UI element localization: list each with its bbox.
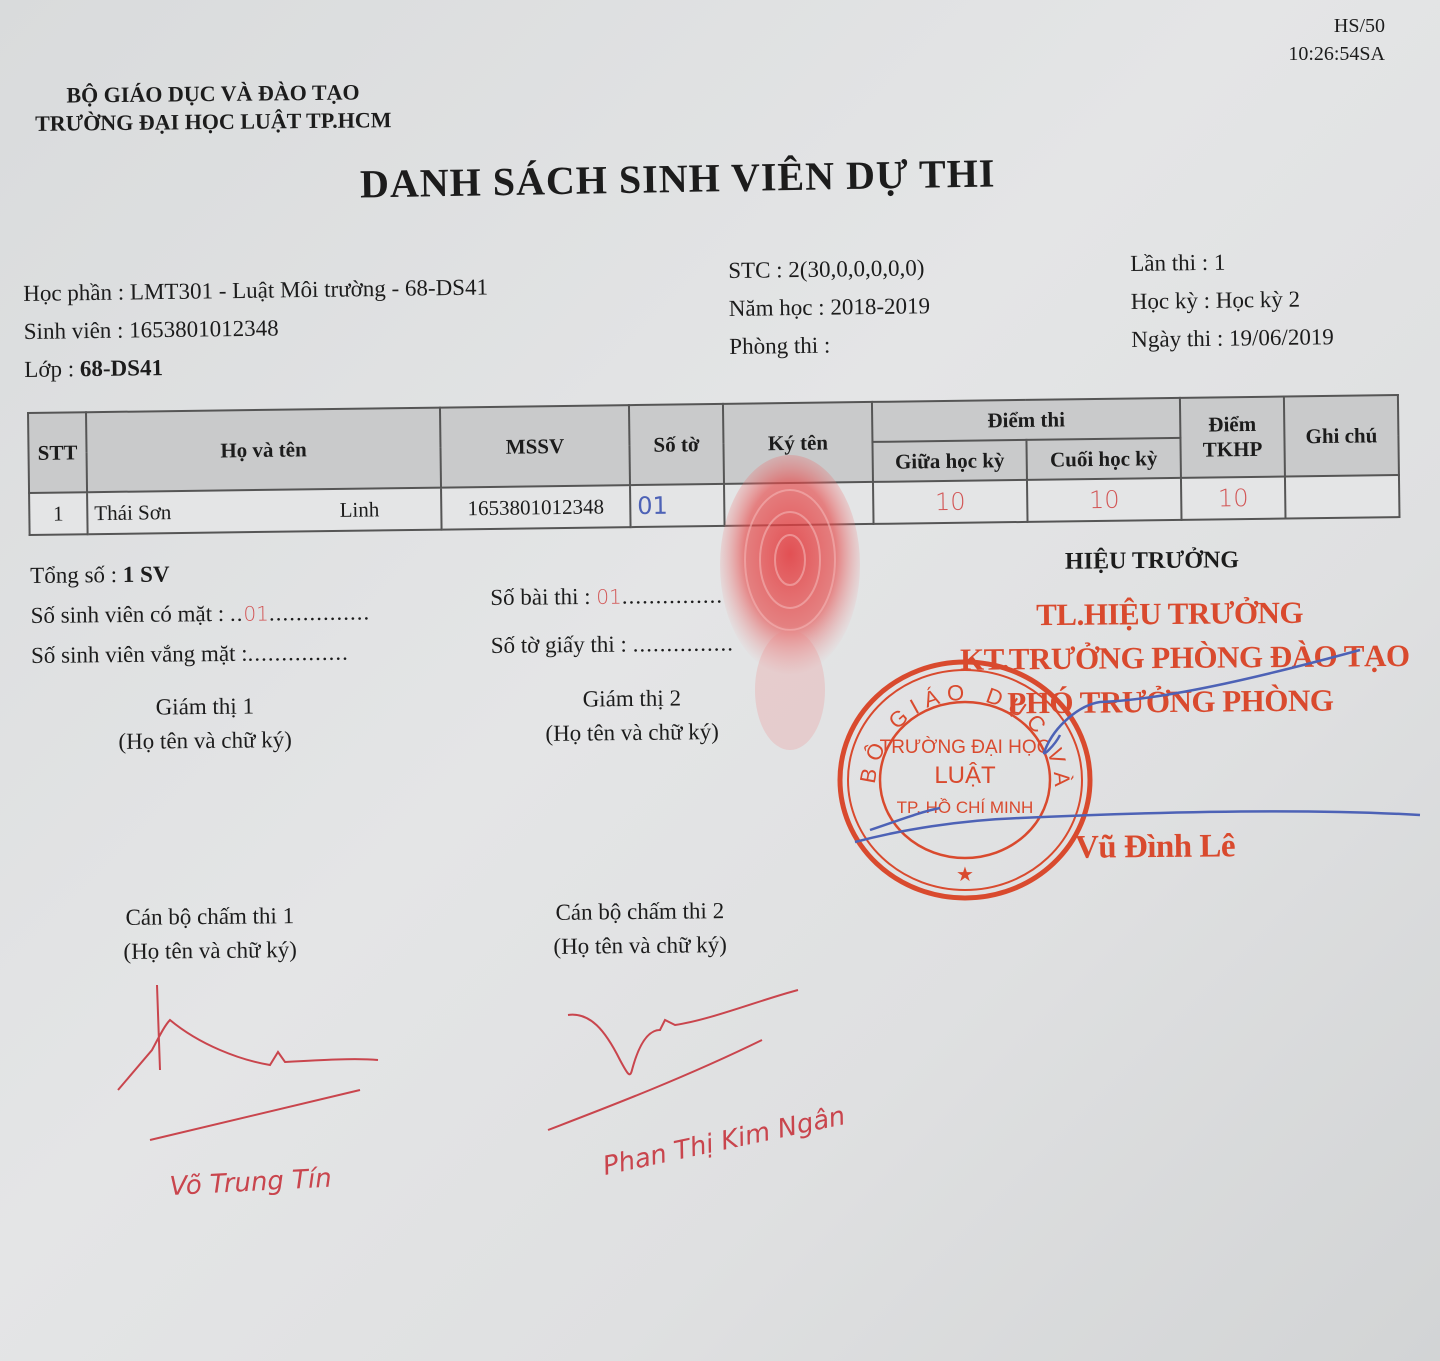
print-time: 10:26:54SA (1288, 40, 1385, 68)
text: ............... (632, 630, 734, 656)
grader1-subtitle: (Họ tên và chữ ký) (100, 933, 320, 969)
text: Học kỳ : (1131, 288, 1216, 314)
document-code: HS/50 (1288, 12, 1385, 40)
text: 01 (596, 585, 622, 609)
grader1-block: Cán bộ chấm thi 1 (Họ tên và chữ ký) (100, 899, 321, 969)
header-tkhp: Điểm TKHP (1180, 397, 1285, 478)
text: Sinh viên : (24, 318, 130, 344)
stamp-line2: LUẬT (934, 762, 996, 789)
cell-signature (724, 482, 874, 526)
proctor1-title: Giám thị 1 (95, 689, 315, 725)
info-middle: STC : 2(30,0,0,0,0,0) Năm học : 2018-201… (728, 249, 931, 366)
organization-header: BỘ GIÁO DỤC VÀ ĐÀO TẠO TRƯỜNG ĐẠI HỌC LU… (35, 78, 392, 138)
principal-line1: TL.HIỆU TRƯỞNG (959, 590, 1379, 638)
text: Ngày thi : (1131, 326, 1229, 352)
summary-middle: Số bài thi : 01............... Số tờ giấ… (490, 571, 734, 670)
cell-midterm: 10 (873, 480, 1028, 524)
course-field: Học phần : LMT301 - Luật Môi trường - 68… (23, 269, 488, 313)
text: Lần thi : (1130, 250, 1214, 276)
text: Tổng số : (30, 562, 123, 588)
text: 1 (1214, 250, 1226, 275)
grader2-title: Cán bộ chấm thi 2 (530, 894, 750, 930)
semester-field: Học kỳ : Học kỳ 2 (1131, 280, 1334, 321)
header-sheets: Số tờ (629, 404, 724, 485)
text: Học phần : (23, 280, 130, 306)
text: 2018-2019 (830, 293, 930, 319)
text: 1653801012348 (129, 315, 279, 342)
principal-heading: HIỆU TRƯỞNG (1065, 547, 1239, 576)
text: ............... (247, 640, 349, 666)
text: STC : (728, 257, 788, 283)
star-icon: ★ (956, 864, 974, 886)
text: 2(30,0,0,0,0,0) (788, 255, 924, 282)
header-final: Cuối học kỳ (1026, 438, 1181, 480)
grader2-block: Cán bộ chấm thi 2 (Họ tên và chữ ký) (530, 894, 751, 964)
text: 19/06/2019 (1229, 324, 1334, 350)
cell-note (1285, 475, 1400, 518)
official-stamp: BỘ GIÁO DỤC VÀ ĐÀO TẠO TRƯỜNG ĐẠI HỌC LU… (830, 655, 1100, 905)
header-mssv: MSSV (440, 405, 630, 487)
absent-field: Số sinh viên vắng mặt :............... (31, 632, 371, 676)
header-name: Họ và tên (86, 408, 441, 493)
text: Năm học : (729, 295, 831, 321)
paper-sheets-field: Số tờ giấy thi : ............... (491, 619, 735, 670)
proctor2-title: Giám thị 2 (522, 681, 742, 717)
header-midterm: Giữa học kỳ (872, 440, 1027, 482)
grader1-signature (118, 985, 378, 1140)
exam-date-field: Ngày thi : 19/06/2019 (1131, 318, 1334, 359)
text: LMT301 - Luật Môi trường - 68-DS41 (130, 275, 488, 305)
header-exam-scores: Điểm thi (872, 398, 1180, 442)
text: Học kỳ 2 (1216, 287, 1301, 313)
print-code: HS/50 10:26:54SA (1288, 12, 1385, 68)
proctor2-block: Giám thị 2 (Họ tên và chữ ký) (522, 681, 743, 751)
summary-left: Tổng số : 1 SV Số sinh viên có mặt : ..0… (30, 552, 371, 676)
cell-name: Thái Sơn Linh (87, 488, 442, 535)
cell-mssv: 1653801012348 (441, 485, 631, 529)
papers-field: Số bài thi : 01............... (490, 571, 734, 622)
text: Số sinh viên có mặt : (30, 601, 230, 628)
header-note: Ghi chú (1284, 395, 1399, 476)
grader1-handwritten-name: Võ Trung Tín (169, 1164, 333, 1202)
stamp-line3: TP. HỒ CHÍ MINH (897, 798, 1034, 817)
grader2-handwritten-name: Phan Thị Kim Ngân (600, 1101, 848, 1182)
text: Lớp : (24, 356, 80, 382)
cell-sheets: 01 (630, 484, 725, 527)
cell-tkhp: 10 (1181, 477, 1286, 520)
last-name: Thái Sơn (94, 500, 171, 525)
student-field: Sinh viên : 1653801012348 (24, 307, 489, 351)
present-field: Số sinh viên có mặt : ..01..............… (30, 592, 370, 636)
page-title: DANH SÁCH SINH VIÊN DỰ THI (360, 149, 996, 207)
ministry-name: BỘ GIÁO DỤC VÀ ĐÀO TẠO (35, 78, 392, 110)
text: 68-DS41 (80, 355, 163, 381)
exam-room-field: Phòng thi : (729, 325, 931, 366)
cell-stt: 1 (29, 492, 88, 535)
text: Số bài thi : (490, 584, 596, 610)
text: Số sinh viên vắng mặt : (31, 641, 248, 668)
cell-final: 10 (1027, 478, 1182, 522)
proctor1-block: Giám thị 1 (Họ tên và chữ ký) (95, 689, 316, 759)
text: 01 (243, 602, 269, 626)
school-year-field: Năm học : 2018-2019 (729, 287, 931, 328)
grader2-subtitle: (Họ tên và chữ ký) (530, 928, 750, 964)
school-name: TRƯỜNG ĐẠI HỌC LUẬT TP.HCM (35, 106, 392, 138)
text: 1 SV (123, 562, 170, 587)
info-right: Lần thi : 1 Học kỳ : Học kỳ 2 Ngày thi :… (1130, 242, 1334, 359)
text: ............... (269, 599, 371, 625)
student-table: STT Họ và tên MSSV Số tờ Ký tên Điểm thi… (27, 394, 1401, 536)
first-name: Linh (339, 497, 379, 523)
attempt-field: Lần thi : 1 (1130, 242, 1333, 283)
proctor1-subtitle: (Họ tên và chữ ký) (95, 723, 315, 759)
class-field: Lớp : 68-DS41 (24, 345, 489, 389)
text: Số tờ giấy thi : (491, 632, 633, 658)
text: ............... (622, 583, 724, 609)
total-field: Tổng số : 1 SV (30, 552, 370, 596)
text: Phòng thi : (729, 333, 830, 359)
header-signature: Ký tên (723, 402, 873, 484)
credits-field: STC : 2(30,0,0,0,0,0) (728, 249, 930, 290)
grader2-signature (548, 990, 798, 1130)
info-left: Học phần : LMT301 - Luật Môi trường - 68… (23, 269, 489, 389)
proctor2-subtitle: (Họ tên và chữ ký) (522, 715, 742, 751)
grader1-title: Cán bộ chấm thi 1 (100, 899, 320, 935)
header-stt: STT (28, 412, 87, 493)
stamp-line1: TRƯỜNG ĐẠI HỌC (880, 736, 1051, 758)
